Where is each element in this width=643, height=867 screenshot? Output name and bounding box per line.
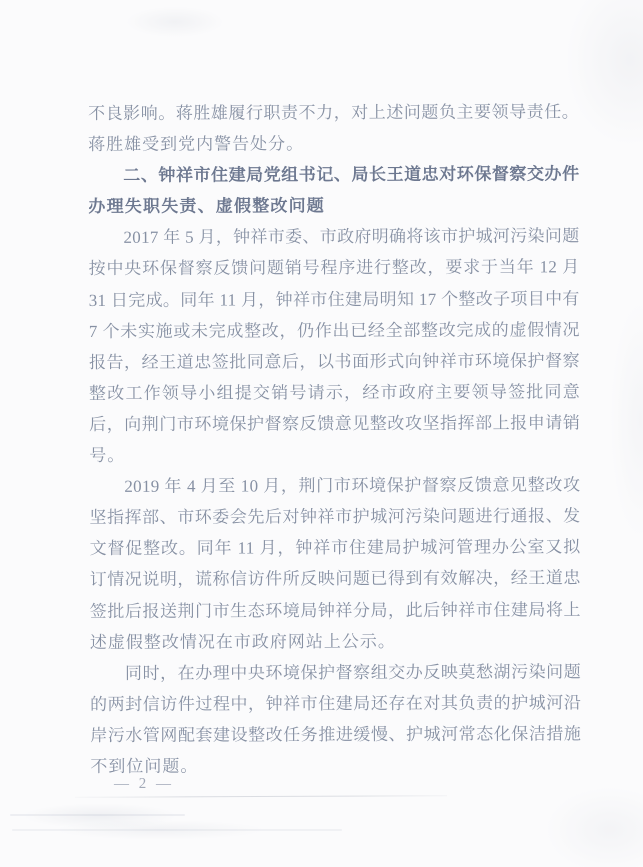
scan-streak-artifact (12, 829, 342, 831)
body-text-line: 订情况说明，谎称信访件所反映问题已得到有效解决，经王道忠 (90, 563, 581, 596)
body-text-line: 2019 年 4 月至 10 月，荆门市环境保护督察反馈意见整改攻 (89, 469, 580, 502)
body-text-line: 坚指挥部、市环委会先后对钟祥市护城河污染问题进行通报、发 (89, 501, 580, 534)
body-text-line: 整改工作领导小组提交销号请示，经市政府主要领导签批同意 (89, 376, 580, 409)
scan-streak-artifact (10, 814, 185, 816)
body-text-line: 岸污水管网配套建设整改任务推进缓慢、护城河常态化保洁措施 (90, 718, 581, 751)
paragraph-2017: 2017 年 5 月，钟祥市委、市政府明确将该市护城河污染问题 按中央环保督察反… (88, 221, 580, 471)
paragraph-continuation: 不良影响。蒋胜雄履行职责不力，对上述问题负主要领导责任。 蒋胜雄受到党内警告处分… (88, 96, 579, 160)
heading-line: 二、钟祥市住建局党组书记、局长王道忠对环保督察交办件 (88, 158, 579, 191)
body-text-line: 2017 年 5 月，钟祥市委、市政府明确将该市护城河污染问题 (88, 221, 579, 254)
section-heading: 二、钟祥市住建局党组书记、局长王道忠对环保督察交办件 办理失职失责、虚假整改问题 (88, 158, 579, 222)
body-text-line: 文督促整改。同年 11 月，钟祥市住建局护城河管理办公室又拟 (90, 532, 581, 565)
heading-line: 办理失职失责、虚假整改问题 (88, 190, 579, 223)
body-text-line: 报告，经王道忠签批同意后，以书面形式向钟祥市环境保护督察 (89, 345, 580, 378)
scan-fold-line (75, 795, 447, 798)
scanned-document-page: 不良影响。蒋胜雄履行职责不力，对上述问题负主要领导责任。 蒋胜雄受到党内警告处分… (0, 0, 643, 867)
body-text-line: 签批后报送荆门市生态环境局钟祥分局，此后钟祥市住建局将上 (90, 594, 581, 627)
body-text-line: 蒋胜雄受到党内警告处分。 (88, 127, 579, 160)
body-text-line: 不良影响。蒋胜雄履行职责不力，对上述问题负主要领导责任。 (88, 96, 579, 129)
body-text-line: 按中央环保督察反馈问题销号程序进行整改，要求于当年 12 月 (89, 252, 580, 285)
body-text-line: 同时，在办理中央环境保护督察组交办反映莫愁湖污染问题 (90, 656, 581, 689)
body-text-line: 的两封信访件过程中，钟祥市住建局还存在对其负责的护城河沿 (90, 687, 581, 720)
body-text-line: 31 日完成。同年 11 月，钟祥市住建局明知 17 个整改子项目中有 (89, 283, 580, 316)
paragraph-2019: 2019 年 4 月至 10 月，荆门市环境保护督察反馈意见整改攻 坚指挥部、市… (89, 469, 581, 657)
body-text-line: 号。 (89, 438, 580, 471)
body-text-line: 后，向荆门市环境保护督察反馈意见整改攻坚指挥部上报申请销 (89, 407, 580, 440)
body-text-line: 述虚假整改情况在市政府网站上公示。 (90, 625, 581, 658)
paragraph-moshou-lake: 同时，在办理中央环境保护督察组交办反映莫愁湖污染问题 的两封信访件过程中，钟祥市… (90, 656, 581, 782)
page-number: — 2 — (114, 774, 174, 794)
body-text-line: 7 个未实施或未完成整改，仍作出已经全部整改完成的虚假情况 (89, 314, 580, 347)
document-text-block: 不良影响。蒋胜雄履行职责不力，对上述问题负主要领导责任。 蒋胜雄受到党内警告处分… (88, 96, 581, 782)
